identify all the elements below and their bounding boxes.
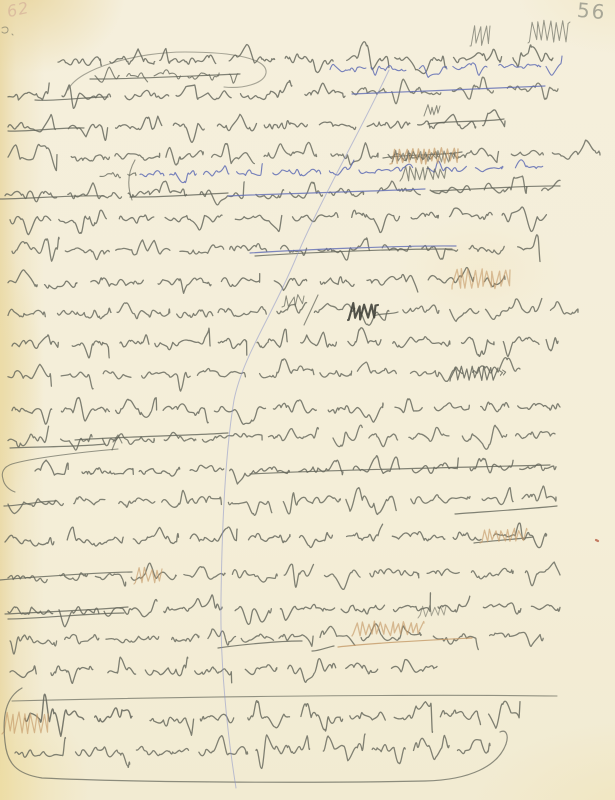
handwriting-line [8, 268, 505, 294]
scribble-correction [400, 166, 446, 181]
handwriting-line [5, 523, 547, 548]
handwriting-line [8, 486, 556, 515]
handwriting-line [12, 235, 540, 262]
handwriting-line [12, 397, 560, 424]
strikethrough-deletion [228, 189, 425, 196]
strikethrough-deletion [312, 646, 334, 651]
strikethrough-deletion [455, 506, 557, 514]
scribble-correction [480, 528, 527, 543]
handwriting-line [8, 140, 600, 170]
handwriting-line [35, 456, 556, 484]
page-number-top-left: 62 [6, 0, 31, 20]
paren-mark [129, 160, 135, 200]
scribble-correction [2, 712, 48, 734]
strikethrough-deletion [428, 119, 504, 124]
separator-line [12, 695, 557, 701]
handwriting-line [330, 56, 562, 77]
handwriting-line [8, 110, 505, 142]
handwriting-line [8, 562, 560, 589]
handwriting-line [10, 207, 546, 235]
handwriting-line [15, 734, 490, 768]
handwriting-line [5, 176, 560, 205]
page-number-top-right: 56 [576, 0, 607, 22]
scribble-correction [470, 26, 490, 46]
handwriting-line [8, 425, 555, 450]
manuscript-page: 62 56 » [0, 0, 615, 800]
scribble-correction [352, 621, 424, 636]
handwriting-line [8, 358, 520, 392]
scribble-correction [452, 269, 510, 289]
handwriting-line [8, 81, 345, 109]
margin-mark [2, 27, 13, 35]
handwriting-line [12, 328, 558, 358]
strikethrough-deletion [75, 433, 228, 440]
ink-speck [596, 540, 598, 541]
handwriting-line [140, 160, 543, 183]
handwriting-line [100, 173, 136, 178]
scribble-correction [418, 605, 446, 618]
handwriting-line [352, 77, 558, 104]
strikethrough-deletion [8, 128, 84, 131]
scribble-correction [424, 105, 440, 116]
handwriting-line [8, 299, 578, 326]
scribble-correction [134, 567, 162, 584]
caret-slash [304, 295, 318, 325]
handwriting-ink-layer [0, 0, 615, 800]
scribble-correction [528, 20, 570, 43]
strikethrough-deletion [338, 638, 472, 647]
handwriting-line [150, 701, 520, 736]
